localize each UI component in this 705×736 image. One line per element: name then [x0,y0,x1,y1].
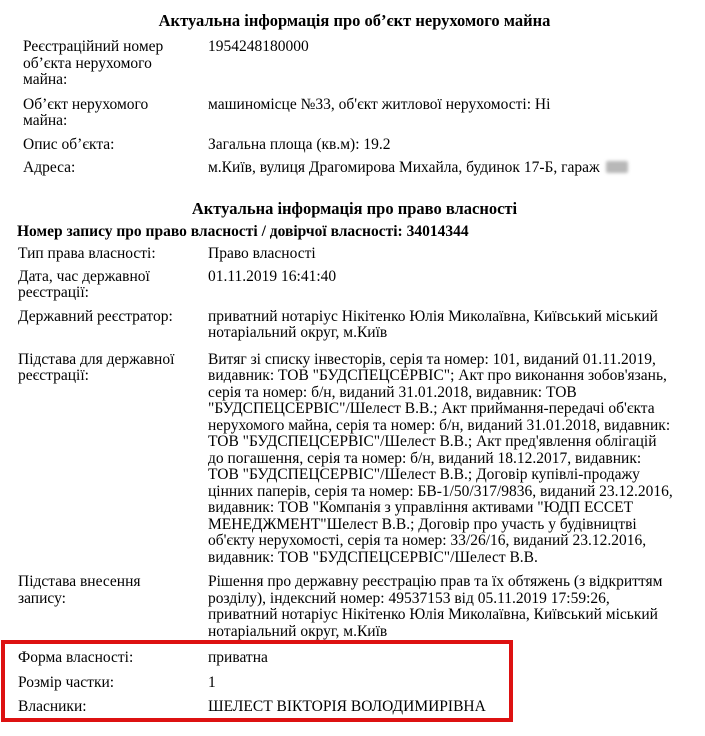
field-label: Тип права власності: [18,246,208,263]
field-label: Розмір частки: [18,675,208,692]
field-value: м.Київ, вулиця Драгомирова Михайла, буди… [208,160,691,177]
field-label: Дата, час державної реєстрації: [18,269,208,302]
field-label: Форма власності: [18,650,208,667]
ownership-section-title: Актуальна інформація про право власності [18,200,691,217]
field-label: Підстава для державної реєстрації: [18,352,208,567]
redacted-garage-number [606,161,628,173]
field-label: Державний реєстратор: [18,309,208,342]
field-value: Загальна площа (кв.м): 19.2 [208,137,691,154]
field-label: Власники: [18,699,208,716]
field-row-address: Адреса: м.Київ, вулиця Драгомирова Михай… [18,160,691,177]
field-row-record-grounds: Підстава внесення запису: Рішення про де… [18,574,691,640]
field-value: приватна [208,650,509,667]
address-text: м.Київ, вулиця Драгомирова Михайла, буди… [208,159,600,176]
field-row-ownership-form: Форма власності: приватна [18,650,509,667]
field-value: Витяг зі списку інвесторів, серія та ном… [208,352,691,567]
field-row-registration-datetime: Дата, час державної реєстрації: 01.11.20… [18,269,691,302]
field-row-share-size: Розмір частки: 1 [18,675,509,692]
field-row-object: Об’єкт нерухомого майна: машиномісце №33… [18,97,691,130]
field-row-state-registrar: Державний реєстратор: приватний нотаріус… [18,309,691,342]
owner-name-value: ШЕЛЕСТ ВІКТОРІЯ ВОЛОДИМИРІВНА [208,699,509,716]
highlight-box: Форма власності: приватна Розмір частки:… [1,640,513,722]
property-registry-document: Актуальна інформація про об’єкт нерухомо… [0,0,705,722]
field-value: машиномісце №33, об'єкт житлової нерухом… [208,97,691,130]
field-value: 1954248180000 [208,39,691,89]
field-label: Опис об’єкта: [18,137,208,154]
field-label: Реєстраційний номер об’єкта нерухомого м… [18,39,208,89]
ownership-record-number-line: Номер запису про право власності / довір… [17,224,691,241]
field-value: приватний нотаріус Нікітенко Юлія Микола… [208,309,691,342]
field-row-owners: Власники: ШЕЛЕСТ ВІКТОРІЯ ВОЛОДИМИРІВНА [18,699,509,716]
field-value: Право власності [208,246,691,263]
field-label: Підстава внесення запису: [18,574,208,640]
field-row-registration-number: Реєстраційний номер об’єкта нерухомого м… [18,39,691,89]
object-section-title: Актуальна інформація про об’єкт нерухомо… [18,12,691,29]
field-row-registration-grounds: Підстава для державної реєстрації: Витяг… [18,352,691,567]
field-label: Адреса: [18,160,208,177]
field-value: 01.11.2019 16:41:40 [208,269,691,302]
field-label: Об’єкт нерухомого майна: [18,97,208,130]
field-value: 1 [208,675,509,692]
field-row-ownership-type: Тип права власності: Право власності [18,246,691,263]
field-row-description: Опис об’єкта: Загальна площа (кв.м): 19.… [18,137,691,154]
field-value: Рішення про державну реєстрацію прав та … [208,574,691,640]
